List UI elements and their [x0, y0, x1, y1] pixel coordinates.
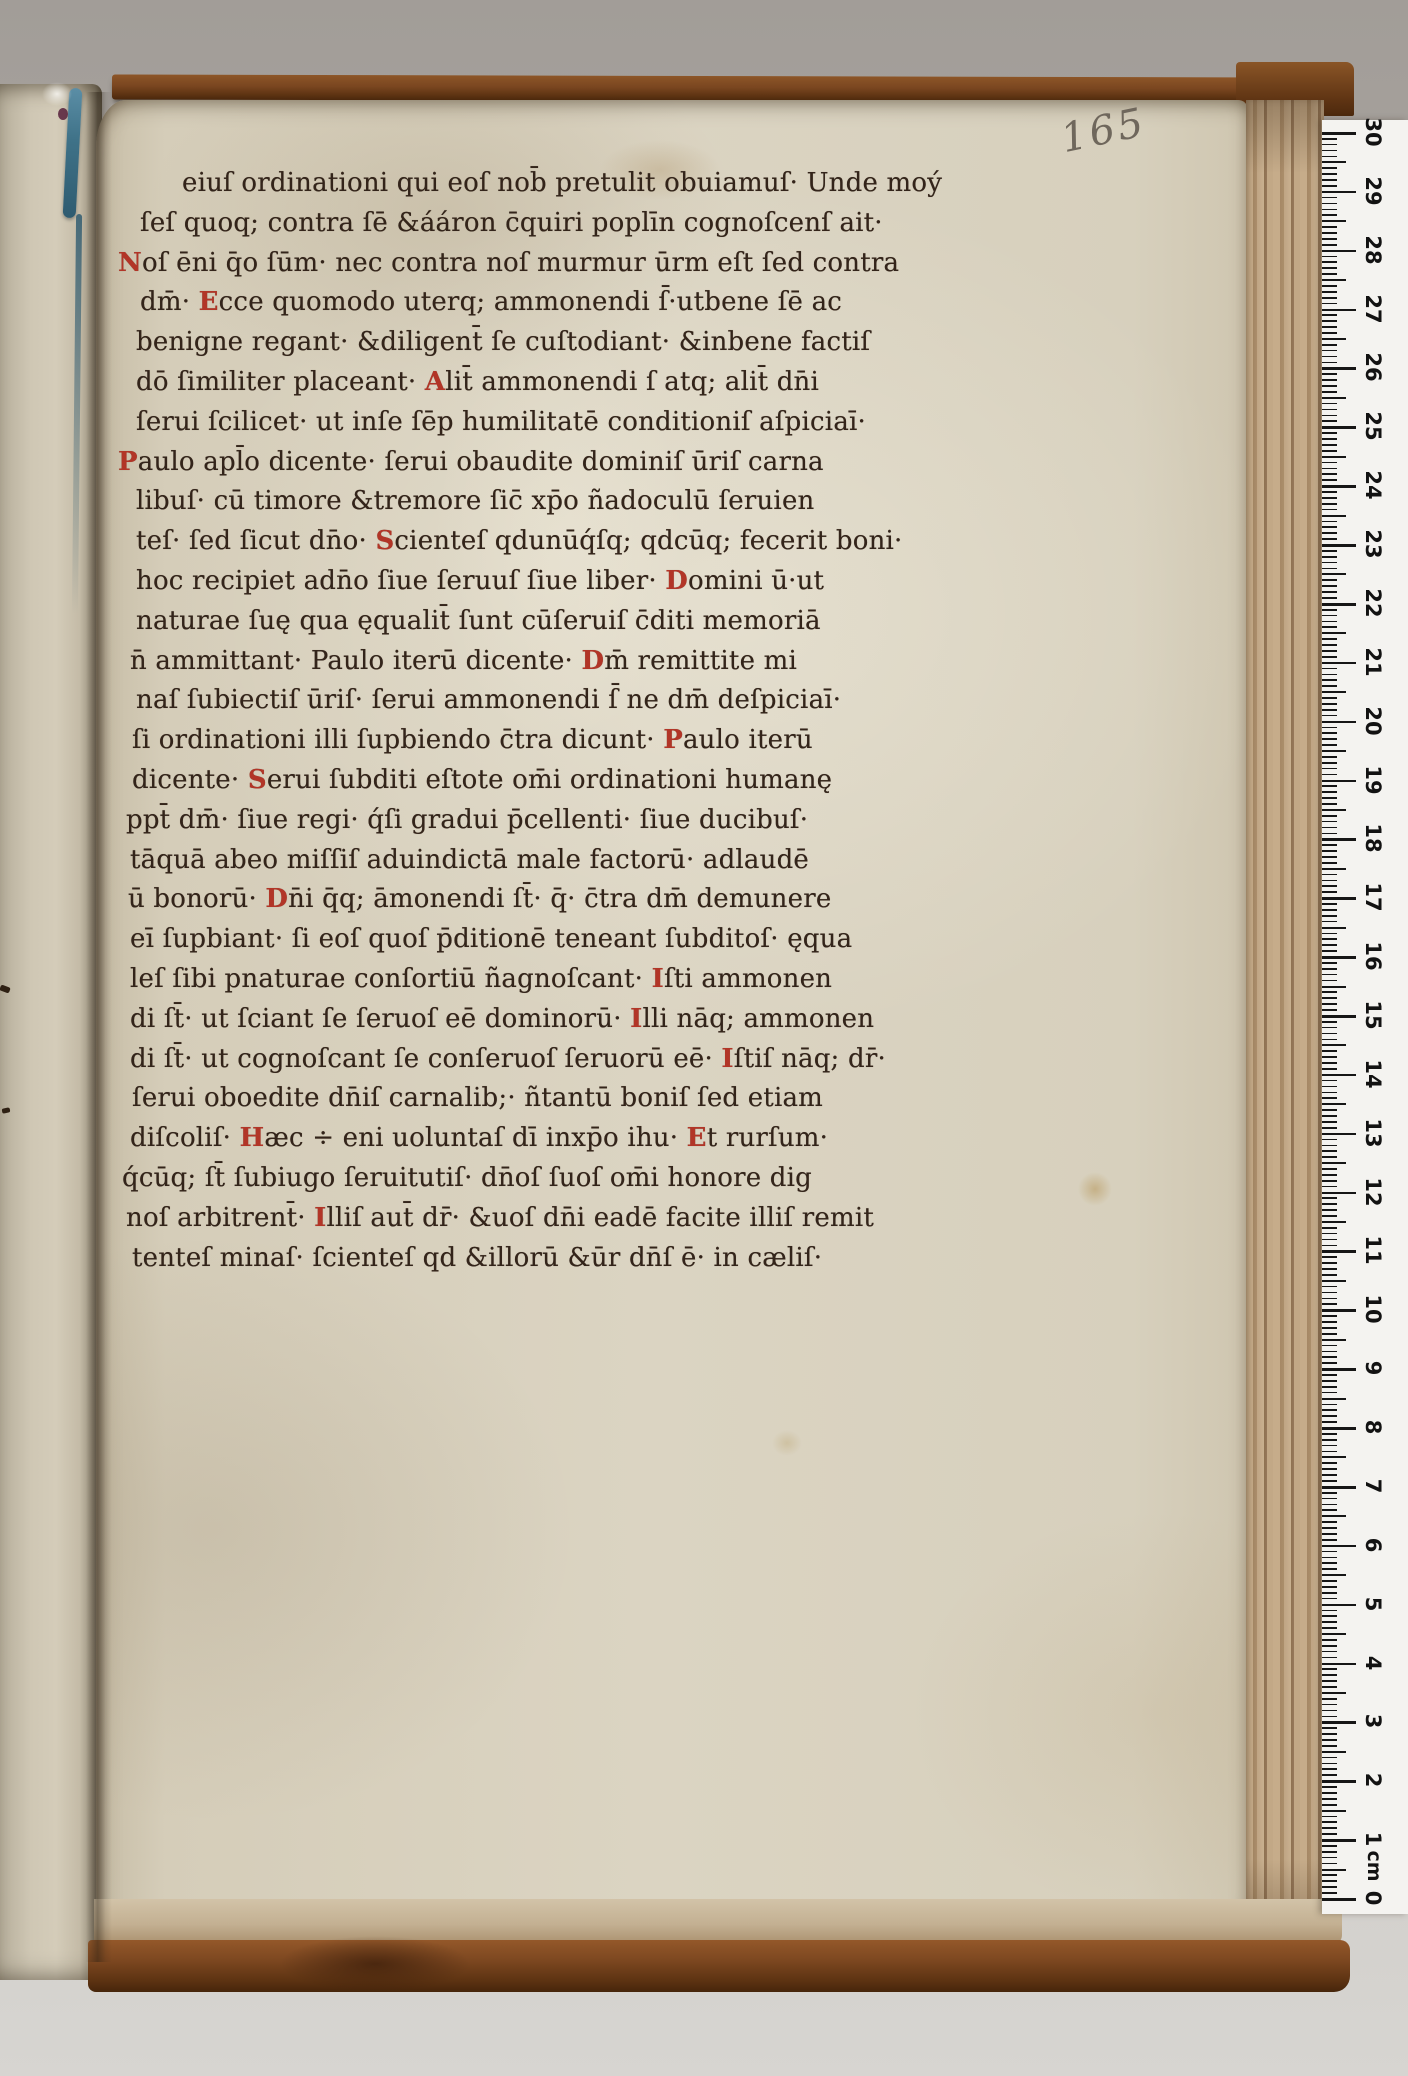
- ruler-tick: [1322, 562, 1337, 564]
- ruler-number: 2: [1360, 1765, 1386, 1795]
- text-line: naturae ſuę qua ęqualit̄ ſunt cūſeruiſ c…: [118, 606, 834, 646]
- text-segment: hoc recipiet adn̄o ſiue ſeruuſ ſiue libe…: [136, 566, 665, 596]
- ruler-tick: [1322, 1062, 1337, 1064]
- ruler-tick: [1322, 1780, 1356, 1783]
- ruler-tick: [1322, 1097, 1337, 1099]
- ruler-tick: [1322, 815, 1337, 817]
- text-segment: omini ū·ut: [688, 566, 824, 596]
- ruler-tick: [1322, 856, 1337, 858]
- text-segment: cce quomodo uterq; ammonendi ſ̄·utbene ſ…: [219, 287, 842, 317]
- ruler-tick: [1322, 432, 1337, 434]
- ruler-tick: [1322, 438, 1337, 440]
- ruler-tick: [1322, 1274, 1337, 1276]
- text-line: ſeſ quoq; contra ſē &ááron c̄quiri poplī…: [118, 208, 834, 248]
- ruler-tick: [1322, 285, 1337, 287]
- ruler-tick: [1322, 1209, 1337, 1211]
- text-segment: dō ſimiliter placeant·: [136, 367, 425, 397]
- text-line: hoc recipiet adn̄o ſiue ſeruuſ ſiue libe…: [118, 566, 834, 606]
- ruler-tick: [1322, 1615, 1337, 1617]
- ruler-tick: [1322, 550, 1337, 552]
- ruler-tick: [1322, 456, 1346, 458]
- text-segment: ſi ordinationi illi ſupbiendo c̄tra dicu…: [132, 725, 663, 755]
- text-segment: ū bonorū·: [128, 884, 265, 914]
- ruler-number: 17: [1360, 882, 1386, 912]
- ruler-tick: [1322, 827, 1337, 829]
- ruler-tick: [1322, 473, 1337, 475]
- ruler-tick: [1322, 1339, 1346, 1341]
- rubricated-initial: H: [240, 1123, 265, 1153]
- ruler-tick: [1322, 597, 1337, 599]
- ruler-tick: [1322, 214, 1337, 216]
- ruler-number: 5: [1360, 1589, 1386, 1619]
- ruler-tick: [1322, 150, 1337, 152]
- ruler-tick: [1322, 1009, 1337, 1011]
- ruler-tick: [1322, 1710, 1337, 1712]
- ruler-tick: [1322, 356, 1337, 358]
- text-segment: n̄i q̄q; āmonendi ſt̄· q̄· c̄tra dm̄ dem…: [288, 884, 831, 914]
- ruler-tick: [1322, 444, 1337, 446]
- ruler-tick: [1322, 1651, 1337, 1653]
- ruler-tick: [1322, 1121, 1337, 1123]
- ruler-tick: [1322, 1680, 1337, 1682]
- ruler-tick: [1322, 868, 1346, 870]
- ruler-number: 8: [1360, 1412, 1386, 1442]
- text-segment: eī ſupbiant· ſi eoſ quoſ p̄ditionē tenea…: [130, 924, 852, 954]
- text-segment: naſ ſubiectiſ ūriſ· ſerui ammonendi ſ̄ n…: [136, 685, 841, 715]
- ruler-tick: [1322, 385, 1337, 387]
- ruler-tick: [1322, 320, 1337, 322]
- ruler-tick: [1322, 1674, 1337, 1676]
- text-line: ſi ordinationi illi ſupbiendo c̄tra dicu…: [118, 725, 834, 765]
- ruler-tick: [1322, 709, 1337, 711]
- ruler-number: 27: [1360, 294, 1386, 324]
- ruler-tick: [1322, 338, 1346, 340]
- ruler-tick: [1322, 1192, 1356, 1195]
- ruler-tick: [1322, 491, 1337, 493]
- ruler-tick: [1322, 1645, 1337, 1647]
- ruler-tick: [1322, 1374, 1337, 1376]
- ruler-tick: [1322, 209, 1337, 211]
- ruler-tick: [1322, 880, 1337, 882]
- ruler-tick: [1322, 1498, 1337, 1500]
- ruler-tick: [1322, 1044, 1346, 1046]
- ruler-tick: [1322, 1863, 1337, 1865]
- ruler-tick: [1322, 1433, 1337, 1435]
- text-line: eiuſ ordinationi qui eoſ nob̄ pretulit o…: [118, 168, 834, 208]
- ruler-tick: [1322, 556, 1337, 558]
- ruler-tick: [1322, 1021, 1337, 1023]
- ruler-tick: [1322, 497, 1337, 499]
- ruler-tick: [1322, 1451, 1337, 1453]
- text-segment: erui ſubditi eſtote om̄i ordinationi hum…: [267, 765, 832, 795]
- ruler-number: 18: [1360, 823, 1386, 853]
- text-line: ſerui ſcilicet· ut inſe ſēp humilitatē c…: [118, 407, 834, 447]
- ruler-tick: [1322, 1763, 1337, 1765]
- ruler-tick: [1322, 191, 1356, 194]
- ruler-tick: [1322, 1869, 1346, 1871]
- ruler-tick: [1322, 573, 1346, 575]
- text-segment: q́cūq; ſt̄ ſubiugo ſeruitutiſ· dn̄oſ ſuo…: [122, 1163, 812, 1193]
- rubricated-initial: I: [652, 964, 664, 994]
- ruler-tick: [1322, 1327, 1337, 1329]
- ruler-tick: [1322, 644, 1337, 646]
- text-line: eī ſupbiant· ſi eoſ quoſ p̄ditionē tenea…: [118, 924, 834, 964]
- ruler-number: 30: [1360, 117, 1386, 147]
- ruler-tick: [1322, 809, 1346, 811]
- ruler-tick: [1322, 1380, 1337, 1382]
- text-line: noſ arbitrent̄· Illiſ aut̄ dr̄· &uoſ dn̄…: [118, 1203, 834, 1243]
- ruler-number: 22: [1360, 588, 1386, 618]
- text-line: diſcoliſ· Hæc ÷ eni uoluntaſ dī inxp̄o i…: [118, 1123, 834, 1163]
- rubricated-initial: I: [630, 1004, 642, 1034]
- ruler-tick: [1322, 1398, 1346, 1400]
- ruler-tick: [1322, 1162, 1346, 1164]
- text-segment: lliſ aut̄ dr̄· &uoſ dn̄i eadē facite ill…: [327, 1203, 874, 1233]
- ruler-tick: [1322, 885, 1337, 887]
- ruler-number: 7: [1360, 1471, 1386, 1501]
- ruler-tick: [1322, 1268, 1337, 1270]
- text-segment: dicente·: [132, 765, 248, 795]
- ruler-number: 19: [1360, 765, 1386, 795]
- ruler-tick: [1322, 579, 1337, 581]
- rubricated-initial: S: [248, 765, 267, 795]
- ruler-number: 11: [1360, 1235, 1386, 1265]
- ruler-tick: [1322, 1592, 1337, 1594]
- ruler-tick: [1322, 750, 1346, 752]
- ruler-tick: [1322, 850, 1337, 852]
- ruler-tick: [1322, 1857, 1337, 1859]
- ruler-tick: [1322, 1798, 1337, 1800]
- ruler-tick: [1322, 156, 1337, 158]
- ruler-tick: [1322, 1298, 1337, 1300]
- ruler-tick: [1322, 1133, 1356, 1136]
- ruler-tick: [1322, 1468, 1337, 1470]
- ruler-tick: [1322, 650, 1337, 652]
- ruler-tick: [1322, 403, 1337, 405]
- ruler-tick: [1322, 797, 1337, 799]
- ruler-tick: [1322, 297, 1337, 299]
- ruler-tick: [1322, 1092, 1337, 1094]
- ruler-tick: [1322, 1262, 1337, 1264]
- rubricated-initial: E: [199, 287, 219, 317]
- ruler-tick: [1322, 1551, 1337, 1553]
- ruler-tick: [1322, 668, 1337, 670]
- rubricated-initial: E: [687, 1123, 707, 1153]
- ruler-tick: [1322, 1386, 1337, 1388]
- parchment-stain: [1078, 1172, 1112, 1206]
- ruler-tick: [1322, 1504, 1337, 1506]
- ruler-tick: [1322, 515, 1346, 517]
- ruler-tick: [1322, 974, 1337, 976]
- measuring-ruler: 0123456789101112131415161718192021222324…: [1322, 120, 1408, 1914]
- ruler-tick: [1322, 256, 1337, 258]
- ruler-tick: [1322, 261, 1337, 263]
- ruler-tick: [1322, 1256, 1337, 1258]
- ruler-tick: [1322, 291, 1337, 293]
- ruler-tick: [1322, 721, 1356, 724]
- ruler-tick: [1322, 1068, 1337, 1070]
- ruler-tick: [1322, 1586, 1337, 1588]
- rubricated-initial: P: [663, 725, 683, 755]
- ruler-tick: [1322, 1804, 1337, 1806]
- ruler-tick: [1322, 1221, 1346, 1223]
- text-segment: ſerui oboedite dn̄iſ carnalib;· ñtantū b…: [132, 1083, 823, 1113]
- rubricated-initial: I: [721, 1044, 733, 1074]
- thread-fluff: [42, 82, 72, 106]
- ruler-tick: [1322, 314, 1337, 316]
- text-line: benigne regant· &diligent̄ ſe cuſtodiant…: [118, 327, 834, 367]
- ruler-tick: [1322, 1074, 1356, 1077]
- ruler-tick: [1322, 1086, 1337, 1088]
- ruler-tick: [1322, 468, 1337, 470]
- ruler-tick: [1322, 1239, 1337, 1241]
- ruler-tick: [1322, 344, 1337, 346]
- book-cover-top-edge: [112, 74, 1294, 102]
- text-line: dō ſimiliter placeant· Alit̄ ammonendi ſ…: [118, 367, 834, 407]
- ruler-number: 15: [1360, 1000, 1386, 1030]
- ruler-tick: [1322, 674, 1337, 676]
- ruler-tick: [1322, 138, 1337, 140]
- ruler-tick: [1322, 785, 1337, 787]
- ruler-tick: [1322, 921, 1337, 923]
- ruler-tick: [1322, 738, 1337, 740]
- ruler-tick: [1322, 415, 1337, 417]
- ruler-tick: [1322, 1515, 1346, 1517]
- ruler-number: 10: [1360, 1294, 1386, 1324]
- rubricated-initial: S: [375, 526, 394, 556]
- text-segment: oſ ēni q̄o ſūm· nec contra noſ murmur ūr…: [142, 248, 899, 278]
- ruler-tick: [1322, 697, 1337, 699]
- ruler-tick: [1322, 1851, 1337, 1853]
- text-segment: tāquā abeo miſſiſ aduindictā male factor…: [130, 845, 809, 875]
- ruler-tick: [1322, 1668, 1337, 1670]
- ruler-tick: [1322, 379, 1337, 381]
- ruler-tick: [1322, 509, 1337, 511]
- ruler-tick: [1322, 1050, 1337, 1052]
- ruler-tick: [1322, 1621, 1337, 1623]
- ruler-tick: [1322, 997, 1337, 999]
- ruler-tick: [1322, 1827, 1337, 1829]
- ruler-tick: [1322, 226, 1337, 228]
- ruler-tick: [1322, 1874, 1337, 1876]
- ruler-tick: [1322, 1180, 1337, 1182]
- ruler-tick: [1322, 1539, 1337, 1541]
- ruler-number: 12: [1360, 1177, 1386, 1207]
- ruler-tick: [1322, 1527, 1337, 1529]
- ruler-tick: [1322, 1810, 1346, 1812]
- ruler-tick: [1322, 1721, 1356, 1724]
- ruler-tick: [1322, 1115, 1337, 1117]
- ruler-tick: [1322, 768, 1337, 770]
- ruler-number: 28: [1360, 235, 1386, 265]
- ruler-number: 3: [1360, 1706, 1386, 1736]
- ruler-tick: [1322, 915, 1337, 917]
- ruler-tick: [1322, 1245, 1337, 1247]
- text-line: dicente· Serui ſubditi eſtote om̄i ordin…: [118, 765, 834, 805]
- ruler-tick: [1322, 933, 1337, 935]
- text-line: di ſt̄· ut ſciant ſe ſeruoſ eē dominorū·…: [118, 1004, 834, 1044]
- ruler-tick: [1322, 897, 1356, 900]
- cover-stain: [280, 1936, 470, 1992]
- ruler-tick: [1322, 1415, 1337, 1417]
- text-segment: ppt̄ dm̄· ſiue regi· q́ſi gradui p̄celle…: [126, 805, 808, 835]
- ruler-tick: [1322, 1633, 1346, 1635]
- ruler-tick: [1322, 538, 1337, 540]
- ruler-tick: [1322, 1292, 1337, 1294]
- ruler-tick: [1322, 591, 1337, 593]
- ruler-tick: [1322, 980, 1337, 982]
- ruler-tick: [1322, 968, 1337, 970]
- ruler-tick: [1322, 220, 1346, 222]
- ruler-tick: [1322, 568, 1337, 570]
- ruler-tick: [1322, 332, 1337, 334]
- text-segment: lli nāq; ammonen: [643, 1004, 875, 1034]
- ruler-tick: [1322, 1492, 1337, 1494]
- ruler-tick: [1322, 1704, 1337, 1706]
- ruler-tick: [1322, 279, 1346, 281]
- text-segment: naturae ſuę qua ęqualit̄ ſunt cūſeruiſ c…: [136, 606, 821, 636]
- ruler-tick: [1322, 1639, 1337, 1641]
- ruler-tick: [1322, 1080, 1337, 1082]
- text-segment: libuſ· cū timore &tremore ſic̄ xp̄o ñado…: [136, 486, 814, 516]
- ruler-tick: [1322, 821, 1337, 823]
- ruler-tick: [1322, 362, 1337, 364]
- ruler-tick: [1322, 1816, 1337, 1818]
- text-line: leſ ſibi pnaturae conſortiū ñagnoſcant· …: [118, 964, 834, 1004]
- ruler-tick: [1322, 1286, 1337, 1288]
- ruler-tick: [1322, 1145, 1337, 1147]
- ruler-tick: [1322, 544, 1356, 547]
- text-line: ſerui oboedite dn̄iſ carnalib;· ñtantū b…: [118, 1083, 834, 1123]
- ruler-tick: [1322, 1733, 1337, 1735]
- ruler-tick: [1322, 1509, 1337, 1511]
- text-segment: m̄ remittite mi: [604, 646, 797, 676]
- ruler-tick: [1322, 203, 1337, 205]
- rubricated-initial: D: [581, 646, 604, 676]
- ruler-tick: [1322, 656, 1337, 658]
- ruler-tick: [1322, 833, 1337, 835]
- ruler-number: 25: [1360, 411, 1386, 441]
- text-segment: di ſt̄· ut cognoſcant ſe conſeruoſ ſeruo…: [130, 1044, 721, 1074]
- ruler-tick: [1322, 1574, 1346, 1576]
- ruler-tick: [1322, 1727, 1337, 1729]
- text-line: di ſt̄· ut cognoſcant ſe conſeruoſ ſeruo…: [118, 1044, 834, 1084]
- ruler-tick: [1322, 626, 1337, 628]
- text-segment: eiuſ ordinationi qui eoſ nob̄ pretulit o…: [182, 168, 942, 198]
- ruler-tick: [1322, 791, 1337, 793]
- ruler-tick: [1322, 621, 1337, 623]
- ruler-tick: [1322, 1657, 1337, 1659]
- ruler-unit-label: cm: [1363, 1852, 1385, 1880]
- ruler-tick: [1322, 273, 1337, 275]
- ruler-tick: [1322, 938, 1337, 940]
- ruler-tick: [1322, 244, 1337, 246]
- ruler-tick: [1322, 503, 1337, 505]
- ruler-tick: [1322, 350, 1337, 352]
- ruler-tick: [1322, 161, 1346, 163]
- ruler-tick: [1322, 1409, 1337, 1411]
- ruler-tick: [1322, 250, 1356, 253]
- ruler-tick: [1322, 420, 1337, 422]
- ruler-number: 4: [1360, 1648, 1386, 1678]
- thread-knot: [58, 108, 68, 120]
- ruler-tick: [1322, 1480, 1337, 1482]
- ruler-tick: [1322, 309, 1356, 312]
- ruler-tick: [1322, 874, 1337, 876]
- ruler-tick: [1322, 1833, 1337, 1835]
- ruler-tick: [1322, 903, 1337, 905]
- text-line: q́cūq; ſt̄ ſubiugo ſeruitutiſ· dn̄oſ ſuo…: [118, 1163, 834, 1203]
- ruler-tick: [1322, 1739, 1337, 1741]
- ruler-tick: [1322, 956, 1356, 959]
- ruler-tick: [1322, 1880, 1337, 1882]
- ruler-number: 20: [1360, 706, 1386, 736]
- ruler-tick: [1322, 756, 1337, 758]
- ruler-tick: [1322, 1109, 1337, 1111]
- ruler-tick: [1322, 1309, 1356, 1312]
- ruler-tick: [1322, 167, 1337, 169]
- ruler-tick: [1322, 862, 1337, 864]
- ruler-tick: [1322, 1427, 1356, 1430]
- rubricated-initial: A: [425, 367, 445, 397]
- text-segment: dm̄·: [140, 287, 199, 317]
- ruler-tick: [1322, 1303, 1337, 1305]
- ruler-tick: [1322, 1774, 1337, 1776]
- ruler-tick: [1322, 1886, 1337, 1888]
- ruler-tick: [1322, 391, 1337, 393]
- text-line: Paulo apl̄o dicente· ſerui obaudite domi…: [118, 447, 834, 487]
- ruler-tick: [1322, 1604, 1356, 1607]
- ruler-tick: [1322, 685, 1337, 687]
- ruler-tick: [1322, 615, 1337, 617]
- ruler-tick: [1322, 1227, 1337, 1229]
- ruler-tick: [1322, 1445, 1337, 1447]
- ruler-tick: [1322, 1698, 1337, 1700]
- ruler-tick: [1322, 1557, 1337, 1559]
- text-segment: benigne regant· &diligent̄ ſe cuſtodiant…: [136, 327, 870, 357]
- manuscript-photo-background: 165 eiuſ ordinationi qui eoſ nob̄ pretul…: [0, 0, 1408, 2076]
- ruler-tick: [1322, 197, 1337, 199]
- ruler-tick: [1322, 1250, 1356, 1253]
- ruler-tick: [1322, 1015, 1356, 1018]
- ruler-tick: [1322, 1768, 1337, 1770]
- ruler-tick: [1322, 1033, 1337, 1035]
- ruler-tick: [1322, 144, 1337, 146]
- ruler-tick: [1322, 1757, 1337, 1759]
- ruler-tick: [1322, 173, 1337, 175]
- text-line: Noſ ēni q̄o ſūm· nec contra noſ murmur ū…: [118, 248, 834, 288]
- fore-edge-page-stack: [1246, 100, 1324, 1932]
- ruler-tick: [1322, 780, 1356, 783]
- ruler-tick: [1322, 1521, 1337, 1523]
- text-segment: di ſt̄· ut ſciant ſe ſeruoſ eē dominorū·: [130, 1004, 630, 1034]
- text-segment: n̄ ammittant· Paulo iterū dicente·: [130, 646, 581, 676]
- manuscript-text-block: eiuſ ordinationi qui eoſ nob̄ pretulit o…: [118, 168, 834, 1282]
- rubricated-initial: I: [314, 1203, 326, 1233]
- rubricated-initial: N: [118, 248, 142, 278]
- ruler-tick: [1322, 1821, 1337, 1823]
- book-cover-bottom-edge: [88, 1940, 1350, 1992]
- ruler-tick: [1322, 1692, 1346, 1694]
- ruler-number: 0: [1360, 1883, 1386, 1913]
- ruler-tick: [1322, 267, 1337, 269]
- ruler-tick: [1322, 397, 1346, 399]
- ruler-tick: [1322, 1139, 1337, 1141]
- ruler-tick: [1322, 1233, 1337, 1235]
- ruler-tick: [1322, 1186, 1337, 1188]
- ruler-tick: [1322, 1003, 1337, 1005]
- ruler-tick: [1322, 838, 1356, 841]
